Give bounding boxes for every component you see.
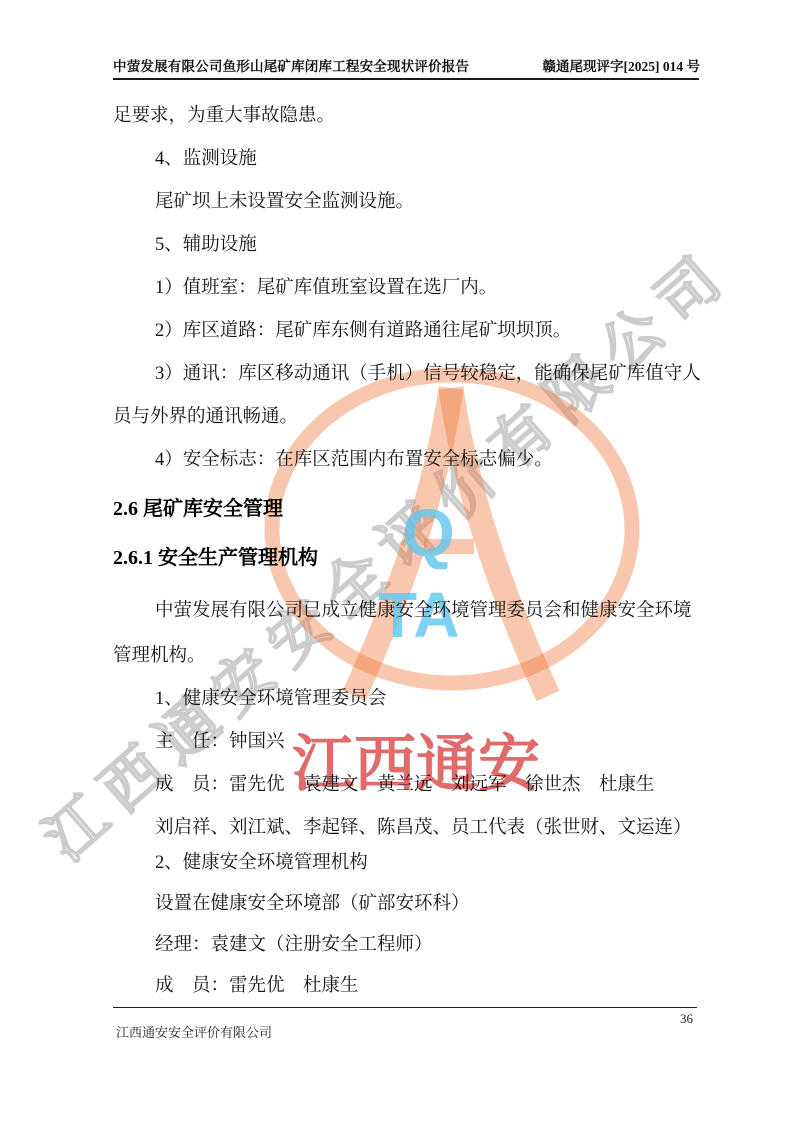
tongan-ring-a-logo-watermark (250, 360, 670, 720)
body-line: 管理机构。 (113, 643, 206, 669)
footer-company-name: 江西通安安全评价有限公司 (116, 1022, 272, 1041)
header-doc-number: 赣通尾现评字[2025] 014 号 (543, 55, 701, 75)
body-line: 2、健康安全环境管理机构 (155, 850, 368, 876)
logo-letter-q-watermark: Q (402, 494, 455, 572)
section-heading-2-6-1: 2.6.1 安全生产管理机构 (113, 545, 318, 571)
body-line: 成 员：雷先优 袁建文 黄兰远 刘远军 徐世杰 杜康生 (155, 772, 655, 798)
body-line: 设置在健康安全环境部（矿部安环科） (155, 891, 470, 917)
section-heading-2-6: 2.6 尾矿库安全管理 (113, 496, 283, 522)
body-line: 5、辅助设施 (155, 232, 257, 258)
body-line: 经理：袁建文（注册安全工程师） (155, 932, 433, 958)
body-line: 4、监测设施 (155, 146, 257, 172)
footer-page-number: 36 (680, 1011, 693, 1027)
body-line: 主 任：钟国兴 (155, 729, 285, 755)
body-line: 刘启祥、刘江斌、李起铎、陈昌茂、员工代表（张世财、文运连） (155, 815, 692, 841)
body-line: 3）通讯：库区移动通讯（手机）信号较稳定，能确保尾矿库值守人 (155, 361, 701, 387)
body-line: 成 员：雷先优 杜康生 (155, 973, 359, 999)
body-line: 1）值班室：尾矿库值班室设置在选厂内。 (155, 275, 497, 301)
footer-rule (113, 1007, 697, 1008)
body-line: 2）库区道路：尾矿库东侧有道路通往尾矿坝坝顶。 (155, 318, 571, 344)
header-report-title: 中萤发展有限公司鱼形山尾矿库闭库工程安全现状评价报告 (113, 55, 469, 75)
document-page: 江西通安安全评价有限公司 Q TA 江西通安 中萤发展有限公司鱼形山尾矿库闭库工… (0, 0, 793, 1122)
body-line: 足要求，为重大事故隐患。 (113, 103, 335, 129)
body-line: 员与外界的通讯畅通。 (113, 404, 298, 430)
body-line: 4）安全标志：在库区范围内布置安全标志偏少。 (155, 447, 553, 473)
body-line: 尾矿坝上未设置安全监测设施。 (155, 189, 414, 215)
header-rule (113, 78, 699, 80)
body-line: 中萤发展有限公司已成立健康安全环境管理委员会和健康安全环境 (155, 598, 692, 624)
body-line: 1、健康安全环境管理委员会 (155, 686, 386, 712)
